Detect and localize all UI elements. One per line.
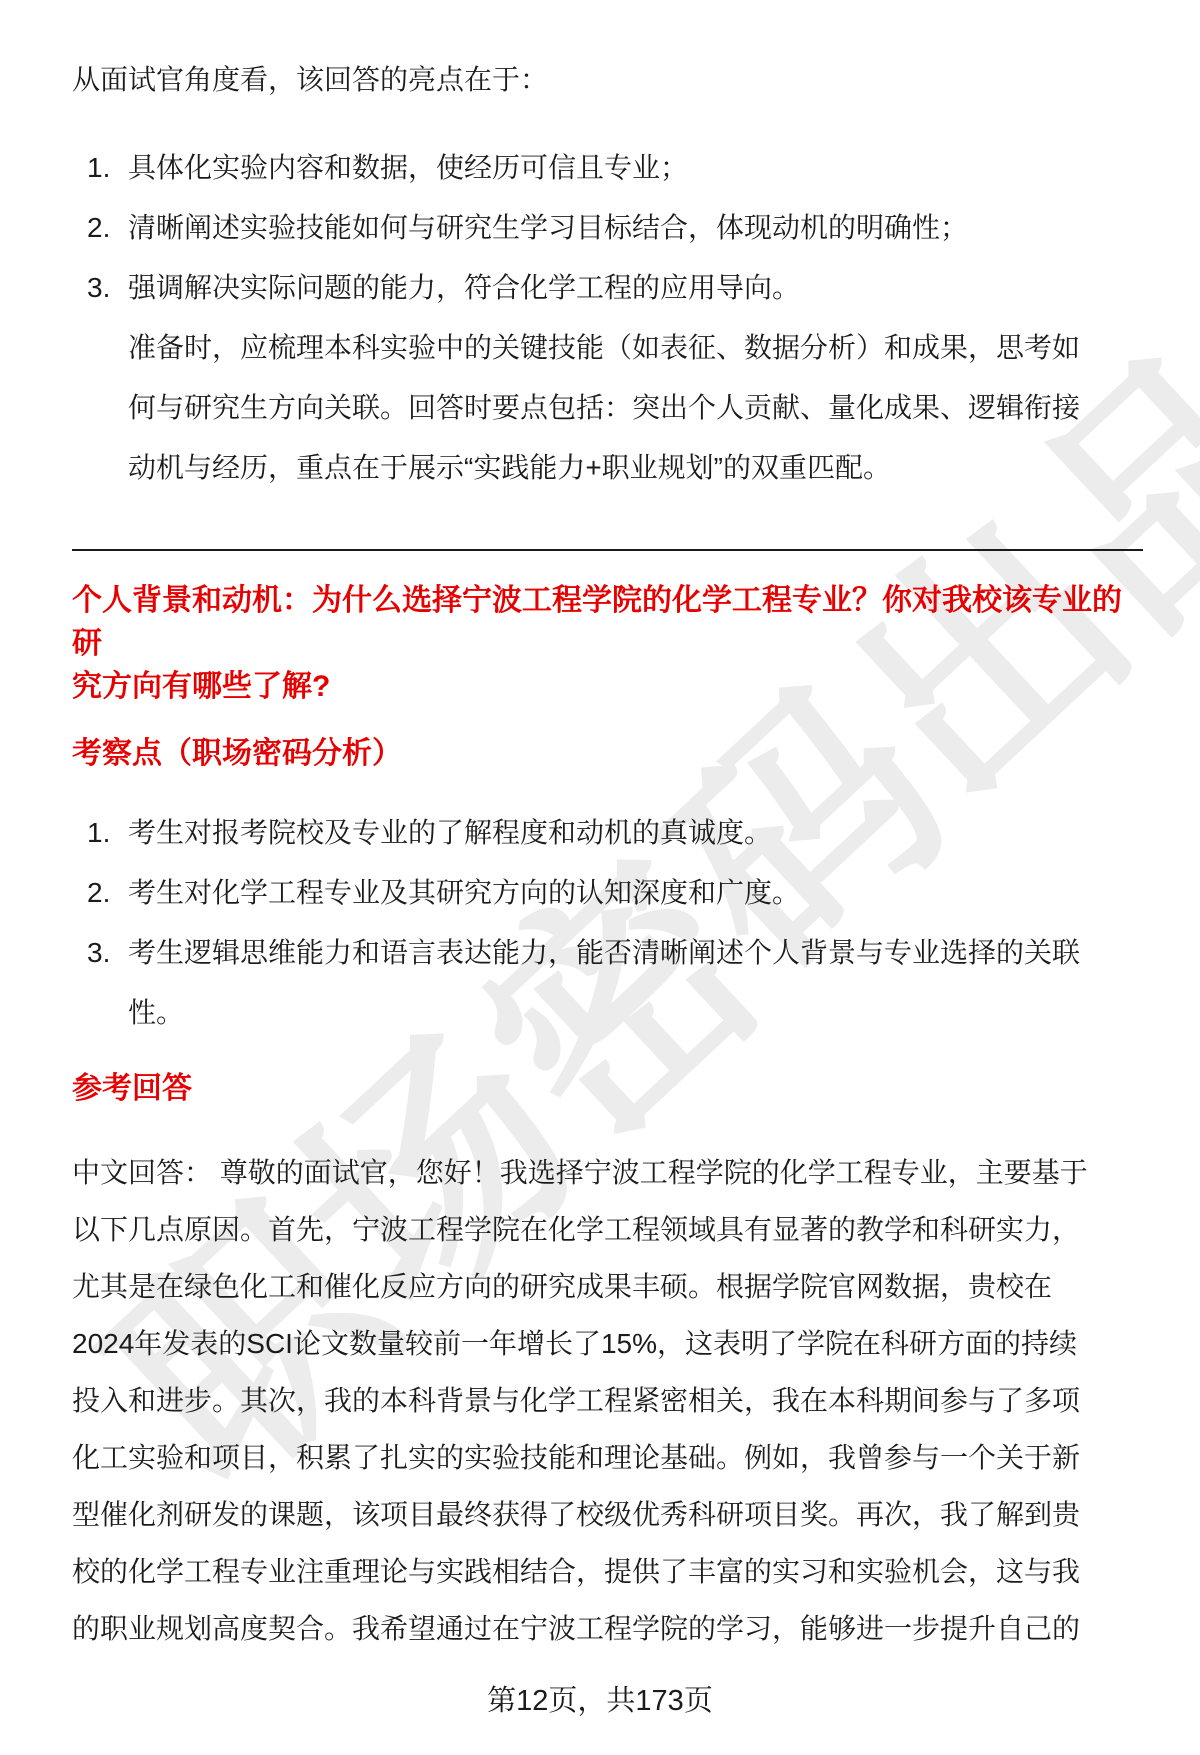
highlight-item-3: 3. 强调解决实际问题的能力，符合化学工程的应用导向。 [87,258,1143,318]
list-item-text: 强调解决实际问题的能力，符合化学工程的应用导向。 [128,258,1143,318]
page-number: 第12页，共173页 [0,1678,1200,1719]
list-item-text: 考生逻辑思维能力和语言表达能力，能否清晰阐述个人背景与专业选择的关联性。 [128,923,1143,1043]
highlights-list: 1. 具体化实验内容和数据，使经历可信且专业； 2. 清晰阐述实验技能如何与研究… [72,138,1143,318]
section-divider [72,549,1143,551]
list-number: 2. [87,198,128,258]
assessment-item-2: 2. 考生对化学工程专业及其研究方向的认知深度和广度。 [87,863,1143,923]
assessment-heading: 考察点（职场密码分析） [72,732,1143,775]
list-number: 3. [87,923,128,983]
list-item-text: 清晰阐述实验技能如何与研究生学习目标结合，体现动机的明确性； [128,198,1143,258]
highlight-item-1: 1. 具体化实验内容和数据，使经历可信且专业； [87,138,1143,198]
list-number: 1. [87,138,128,198]
reference-heading: 参考回答 [72,1067,1143,1110]
assessment-item-1: 1. 考生对报考院校及专业的了解程度和动机的真诚度。 [87,803,1143,863]
highlight-item-2: 2. 清晰阐述实验技能如何与研究生学习目标结合，体现动机的明确性； [87,198,1143,258]
preparation-note: 准备时，应梳理本科实验中的关键技能（如表征、数据分析）和成果，思考如何与研究生方… [128,318,1143,498]
list-number: 1. [87,803,128,863]
list-number: 2. [87,863,128,923]
document-page: 职场密码出品 从面试官角度看，该回答的亮点在于： 1. 具体化实验内容和数据，使… [0,0,1200,1755]
list-item-text: 考生对化学工程专业及其研究方向的认知深度和广度。 [128,863,1143,923]
list-number: 3. [87,258,128,318]
list-item-text: 考生对报考院校及专业的了解程度和动机的真诚度。 [128,803,1143,863]
assessment-list: 1. 考生对报考院校及专业的了解程度和动机的真诚度。 2. 考生对化学工程专业及… [72,803,1143,1043]
assessment-item-3: 3. 考生逻辑思维能力和语言表达能力，能否清晰阐述个人背景与专业选择的关联性。 [87,923,1143,1043]
question-heading: 个人背景和动机：为什么选择宁波工程学院的化学工程专业？你对我校该专业的研究方向有… [72,579,1143,708]
page-content: 从面试官角度看，该回答的亮点在于： 1. 具体化实验内容和数据，使经历可信且专业… [0,0,1200,1657]
reference-answer: 中文回答： 尊敬的面试官，您好！我选择宁波工程学院的化学工程专业，主要基于以下几… [72,1144,1143,1657]
intro-paragraph: 从面试官角度看，该回答的亮点在于： [72,50,1143,110]
list-item-text: 具体化实验内容和数据，使经历可信且专业； [128,138,1143,198]
